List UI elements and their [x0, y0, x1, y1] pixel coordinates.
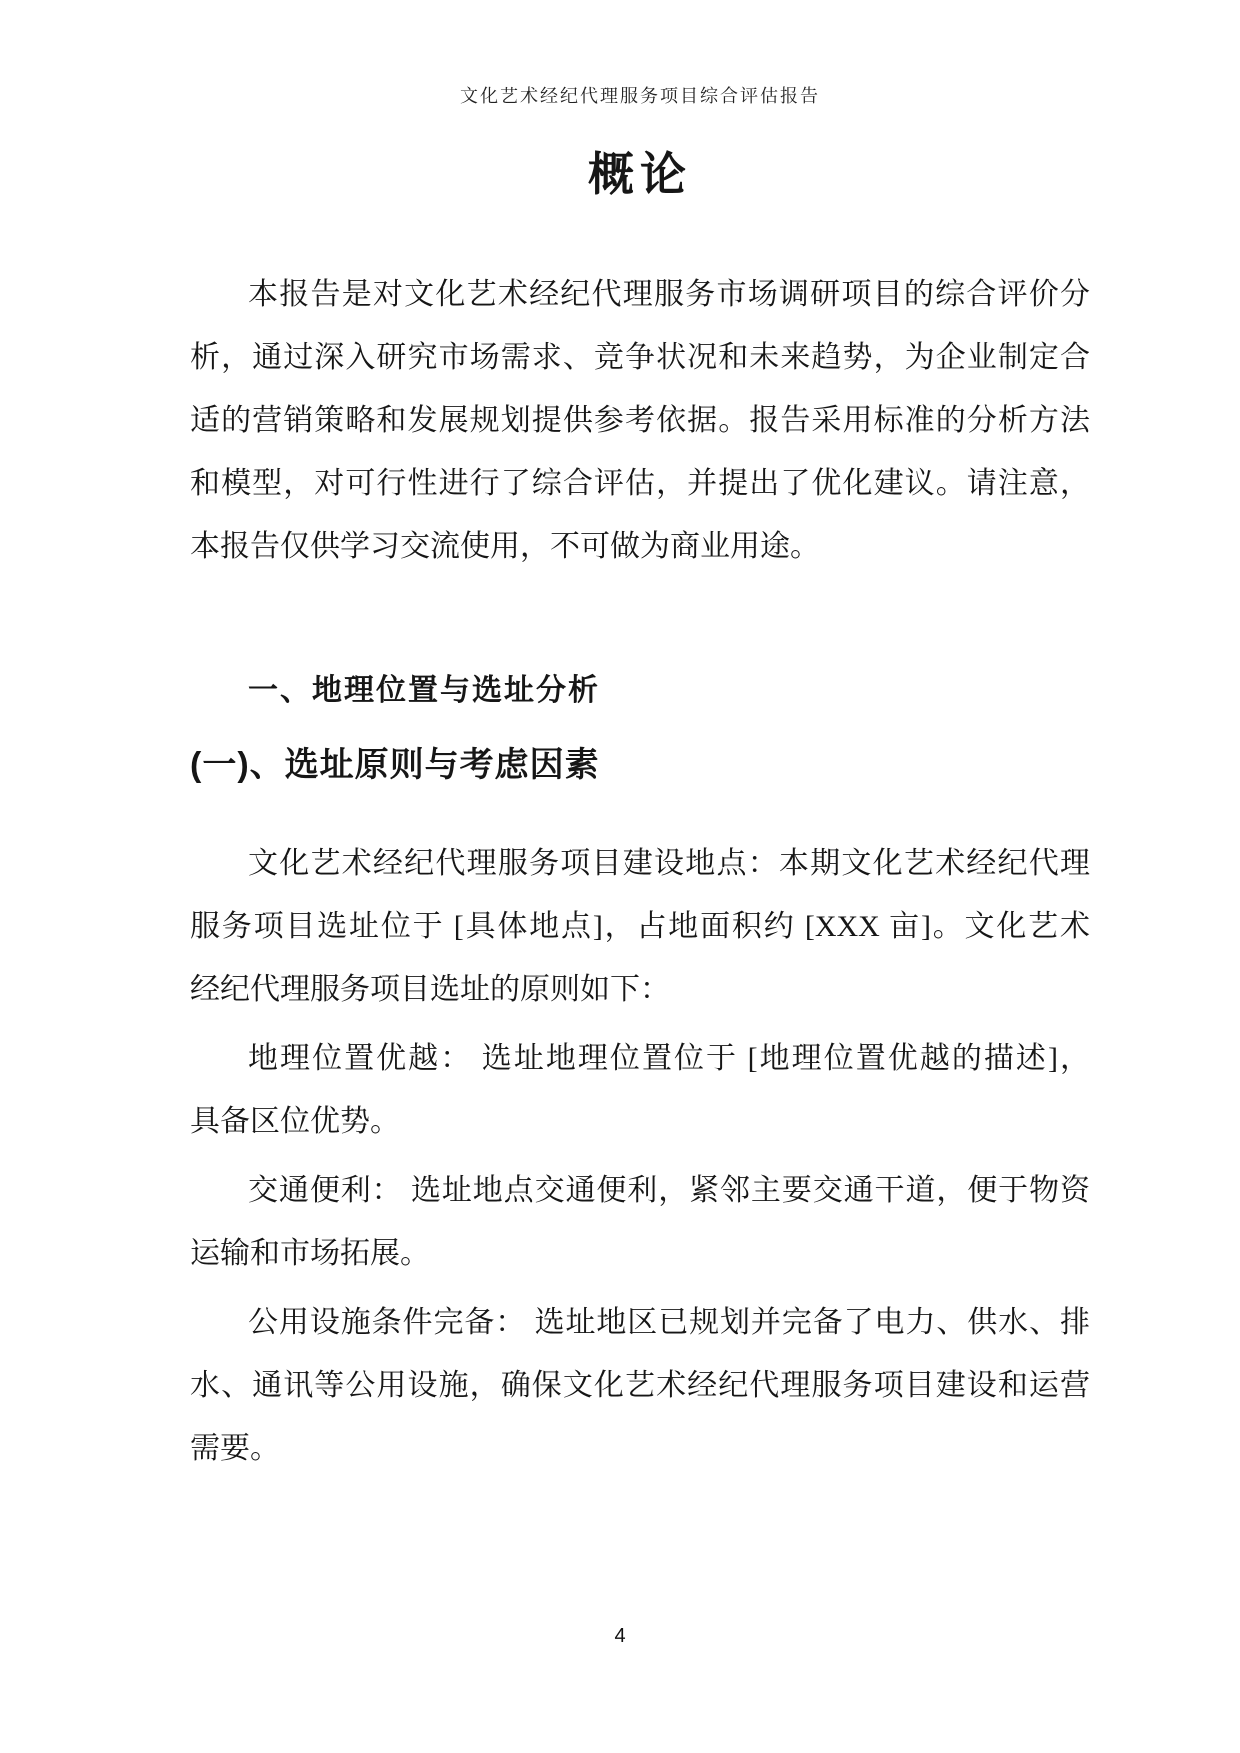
document-page: 文化艺术经纪代理服务项目综合评估报告 概论 本报告是对文化艺术经纪代理服务市场调… — [0, 0, 1240, 1753]
document-title: 概论 — [190, 146, 1090, 204]
text-line: 经纪代理服务项目选址的原则如下： — [190, 958, 1090, 1021]
intro-paragraph: 本报告是对文化艺术经纪代理服务市场调研项目的综合评价分 析，通过深入研究市场需求… — [190, 263, 1090, 578]
text-line: 本报告仅供学习交流使用，不可做为商业用途。 — [190, 515, 1090, 578]
text-line: 服务项目选址位于 [具体地点]，占地面积约 [XXX 亩]。文化艺术 — [190, 895, 1090, 958]
traffic-paragraph: 交通便利： 选址地点交通便利，紧邻主要交通干道，便于物资 运输和市场拓展。 — [190, 1159, 1090, 1285]
text-line: 和模型，对可行性进行了综合评估，并提出了优化建议。请注意， — [190, 452, 1090, 515]
section-heading: 一、地理位置与选址分析 — [190, 670, 1090, 712]
text-line: 析，通过深入研究市场需求、竞争状况和未来趋势，为企业制定合 — [190, 326, 1090, 389]
text-line: 需要。 — [190, 1417, 1090, 1480]
text-line: 公用设施条件完备： 选址地区已规划并完备了电力、供水、排 — [190, 1291, 1090, 1354]
geography-paragraph: 地理位置优越： 选址地理位置位于 [地理位置优越的描述]， 具备区位优势。 — [190, 1027, 1090, 1153]
subsection-heading: (一)、选址原则与考虑因素 — [190, 740, 1090, 790]
utilities-paragraph: 公用设施条件完备： 选址地区已规划并完备了电力、供水、排 水、通讯等公用设施，确… — [190, 1291, 1090, 1480]
text-line: 运输和市场拓展。 — [190, 1222, 1090, 1285]
location-paragraph: 文化艺术经纪代理服务项目建设地点：本期文化艺术经纪代理 服务项目选址位于 [具体… — [190, 832, 1090, 1021]
text-line: 水、通讯等公用设施，确保文化艺术经纪代理服务项目建设和运营 — [190, 1354, 1090, 1417]
page-number: 4 — [0, 1624, 1240, 1648]
text-line: 交通便利： 选址地点交通便利，紧邻主要交通干道，便于物资 — [190, 1159, 1090, 1222]
text-line: 文化艺术经纪代理服务项目建设地点：本期文化艺术经纪代理 — [190, 832, 1090, 895]
text-line: 具备区位优势。 — [190, 1090, 1090, 1153]
text-line: 本报告是对文化艺术经纪代理服务市场调研项目的综合评价分 — [190, 263, 1090, 326]
text-line: 地理位置优越： 选址地理位置位于 [地理位置优越的描述]， — [190, 1027, 1090, 1090]
page-header: 文化艺术经纪代理服务项目综合评估报告 — [190, 84, 1090, 108]
text-line: 适的营销策略和发展规划提供参考依据。报告采用标准的分析方法 — [190, 389, 1090, 452]
